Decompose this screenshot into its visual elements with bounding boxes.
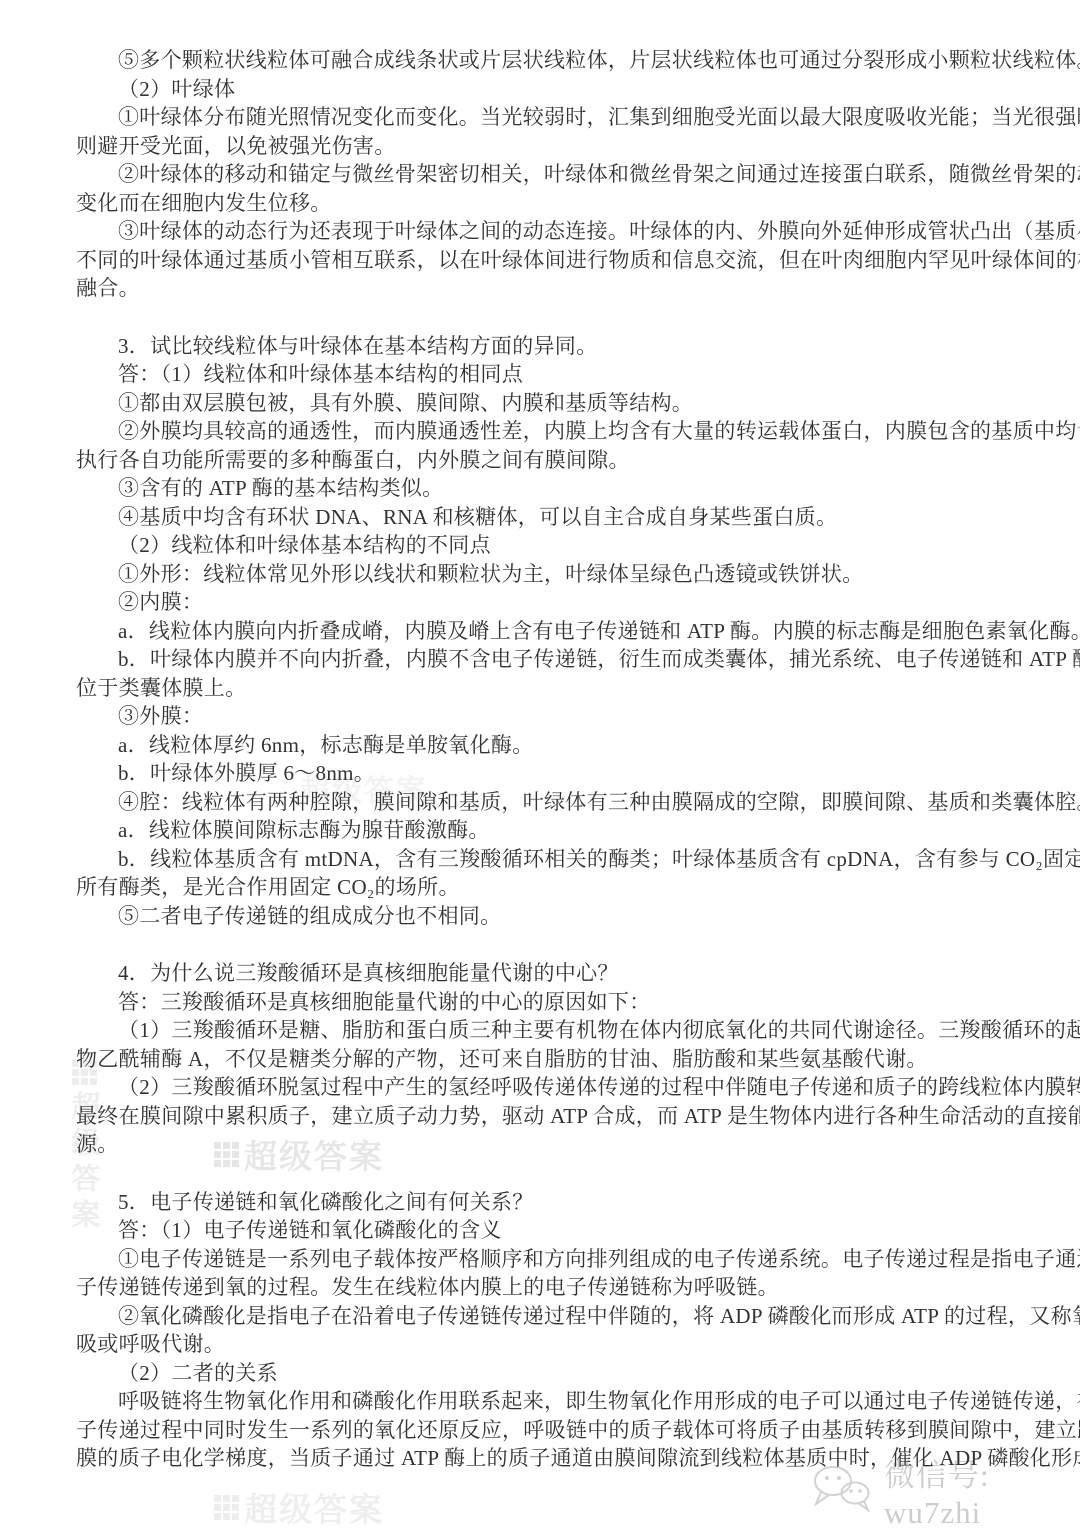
- text-line: 膜的质子电化学梯度，当质子通过 ATP 酶上的质子通道由膜间隙流到线粒体基质中时…: [76, 1444, 1016, 1473]
- text-line: ①都由双层膜包被，具有外膜、膜间隙、内膜和基质等结构。: [76, 389, 1016, 418]
- text-line: 呼吸链将生物氧化作用和磷酸化作用联系起来，即生物氧化作用形成的电子可以通过电子传…: [76, 1387, 1016, 1416]
- text-line: 答：三羧酸循环是真核细胞能量代谢的中心的原因如下：: [76, 988, 1016, 1017]
- text-line: b．线粒体基质含有 mtDNA，含有三羧酸循环相关的酶类；叶绿体基质含有 cpD…: [76, 845, 1016, 874]
- text-line: ①电子传递链是一系列电子载体按严格顺序和方向排列组成的电子传递系统。电子传递过程…: [76, 1245, 1016, 1274]
- text-line: （2）二者的关系: [76, 1359, 1016, 1388]
- text-line: 答：（1）线粒体和叶绿体基本结构的相同点: [76, 360, 1016, 389]
- text-line: （2）三羧酸循环脱氢过程中产生的氢经呼吸传递体传递的过程中伴随电子传递和质子的跨…: [76, 1073, 1016, 1102]
- text-line: ④腔：线粒体有两种腔隙，膜间隙和基质，叶绿体有三种由膜隔成的空隙，即膜间隙、基质…: [76, 788, 1016, 817]
- text-line: ①外形：线粒体常见外形以线状和颗粒状为主，叶绿体呈绿色凸透镜或铁饼状。: [76, 560, 1016, 589]
- text-line: 4．为什么说三羧酸循环是真核细胞能量代谢的中心？: [76, 959, 1016, 988]
- text-line: 答：（1）电子传递链和氧化磷酸化的含义: [76, 1216, 1016, 1245]
- text-line: 3．试比较线粒体与叶绿体在基本结构方面的异同。: [76, 332, 1016, 361]
- text-line: a．线粒体膜间隙标志酶为腺苷酸激酶。: [76, 816, 1016, 845]
- text-line: 不同的叶绿体通过基质小管相互联系，以在叶绿体间进行物质和信息交流，但在叶肉细胞内…: [76, 246, 1016, 275]
- text-line: ⑤多个颗粒状线粒体可融合成线条状或片层状线粒体，片层状线粒体也可通过分裂形成小颗…: [76, 46, 1016, 75]
- text-line: （1）三羧酸循环是糖、脂肪和蛋白质三种主要有机物在体内彻底氧化的共同代谢途径。三…: [76, 1016, 1016, 1045]
- text-section: 4．为什么说三羧酸循环是真核细胞能量代谢的中心？答：三羧酸循环是真核细胞能量代谢…: [76, 959, 1016, 1159]
- text-line: ③外膜：: [76, 702, 1016, 731]
- text-line: 最终在膜间隙中累积质子，建立质子动力势，驱动 ATP 合成，而 ATP 是生物体…: [76, 1102, 1016, 1131]
- text-line: ①叶绿体分布随光照情况变化而变化。当光较弱时，汇集到细胞受光面以最大限度吸收光能…: [76, 103, 1016, 132]
- text-line: 位于类囊体膜上。: [76, 674, 1016, 703]
- text-line: ③含有的 ATP 酶的基本结构类似。: [76, 474, 1016, 503]
- text-line: 源。: [76, 1130, 1016, 1159]
- text-line: a．线粒体厚约 6nm，标志酶是单胺氧化酶。: [76, 731, 1016, 760]
- text-line: ②叶绿体的移动和锚定与微丝骨架密切相关，叶绿体和微丝骨架之间通过连接蛋白联系，随…: [76, 160, 1016, 189]
- text-line: ②氧化磷酸化是指电子在沿着电子传递链传递过程中伴随的，将 ADP 磷酸化而形成 …: [76, 1302, 1016, 1331]
- page: 超级答案 超级答案 ⑤多个颗粒状线粒体可融合成线条状或片层状线粒体，片层状线粒体…: [0, 0, 1080, 1528]
- text-line: （2）线粒体和叶绿体基本结构的不同点: [76, 531, 1016, 560]
- document-body: ⑤多个颗粒状线粒体可融合成线条状或片层状线粒体，片层状线粒体也可通过分裂形成小颗…: [76, 46, 1016, 1473]
- text-line: ②外膜均具较高的通透性，而内膜通透性差，内膜上均含有大量的转运载体蛋白，内膜包含…: [76, 417, 1016, 446]
- text-line: ②内膜：: [76, 588, 1016, 617]
- text-line: 吸或呼吸代谢。: [76, 1330, 1016, 1359]
- text-line: ③叶绿体的动态行为还表现于叶绿体之间的动态连接。叶绿体的内、外膜向外延伸形成管状…: [76, 217, 1016, 246]
- superanswer-logo-icon: [214, 1495, 239, 1520]
- watermark-bottom: 超级答案: [214, 1484, 384, 1528]
- text-section: ⑤多个颗粒状线粒体可融合成线条状或片层状线粒体，片层状线粒体也可通过分裂形成小颗…: [76, 46, 1016, 303]
- text-line: 5．电子传递链和氧化磷酸化之间有何关系？: [76, 1188, 1016, 1217]
- text-line: ④基质中均含有环状 DNA、RNA 和核糖体，可以自主合成自身某些蛋白质。: [76, 503, 1016, 532]
- text-line: b．叶绿体外膜厚 6～8nm。: [76, 759, 1016, 788]
- text-line: 子传递链传递到氧的过程。发生在线粒体内膜上的电子传递链称为呼吸链。: [76, 1273, 1016, 1302]
- text-line: a．线粒体内膜向内折叠成嵴，内膜及嵴上含有电子传递链和 ATP 酶。内膜的标志酶…: [76, 617, 1016, 646]
- text-line: 变化而在细胞内发生位移。: [76, 189, 1016, 218]
- text-line: 所有酶类，是光合作用固定 CO₂的场所。: [76, 873, 1016, 902]
- text-line: 则避开受光面，以免被强光伤害。: [76, 132, 1016, 161]
- text-line: 融合。: [76, 274, 1016, 303]
- text-line: 子传递过程中同时发生一系列的氧化还原反应，呼吸链中的质子载体可将质子由基质转移到…: [76, 1416, 1016, 1445]
- text-line: （2）叶绿体: [76, 75, 1016, 104]
- text-line: b．叶绿体内膜并不向内折叠，内膜不含电子传递链，衍生而成类囊体，捕光系统、电子传…: [76, 645, 1016, 674]
- text-line: 执行各自功能所需要的多种酶蛋白，内外膜之间有膜间隙。: [76, 446, 1016, 475]
- text-line: ⑤二者电子传递链的组成成分也不相同。: [76, 902, 1016, 931]
- text-line: 物乙酰辅酶 A，不仅是糖类分解的产物，还可来自脂肪的甘油、脂肪酸和某些氨基酸代谢…: [76, 1045, 1016, 1074]
- watermark-bottom-text: 超级答案: [244, 1484, 384, 1528]
- text-section: 3．试比较线粒体与叶绿体在基本结构方面的异同。答：（1）线粒体和叶绿体基本结构的…: [76, 332, 1016, 931]
- text-section: 5．电子传递链和氧化磷酸化之间有何关系？答：（1）电子传递链和氧化磷酸化的含义①…: [76, 1188, 1016, 1473]
